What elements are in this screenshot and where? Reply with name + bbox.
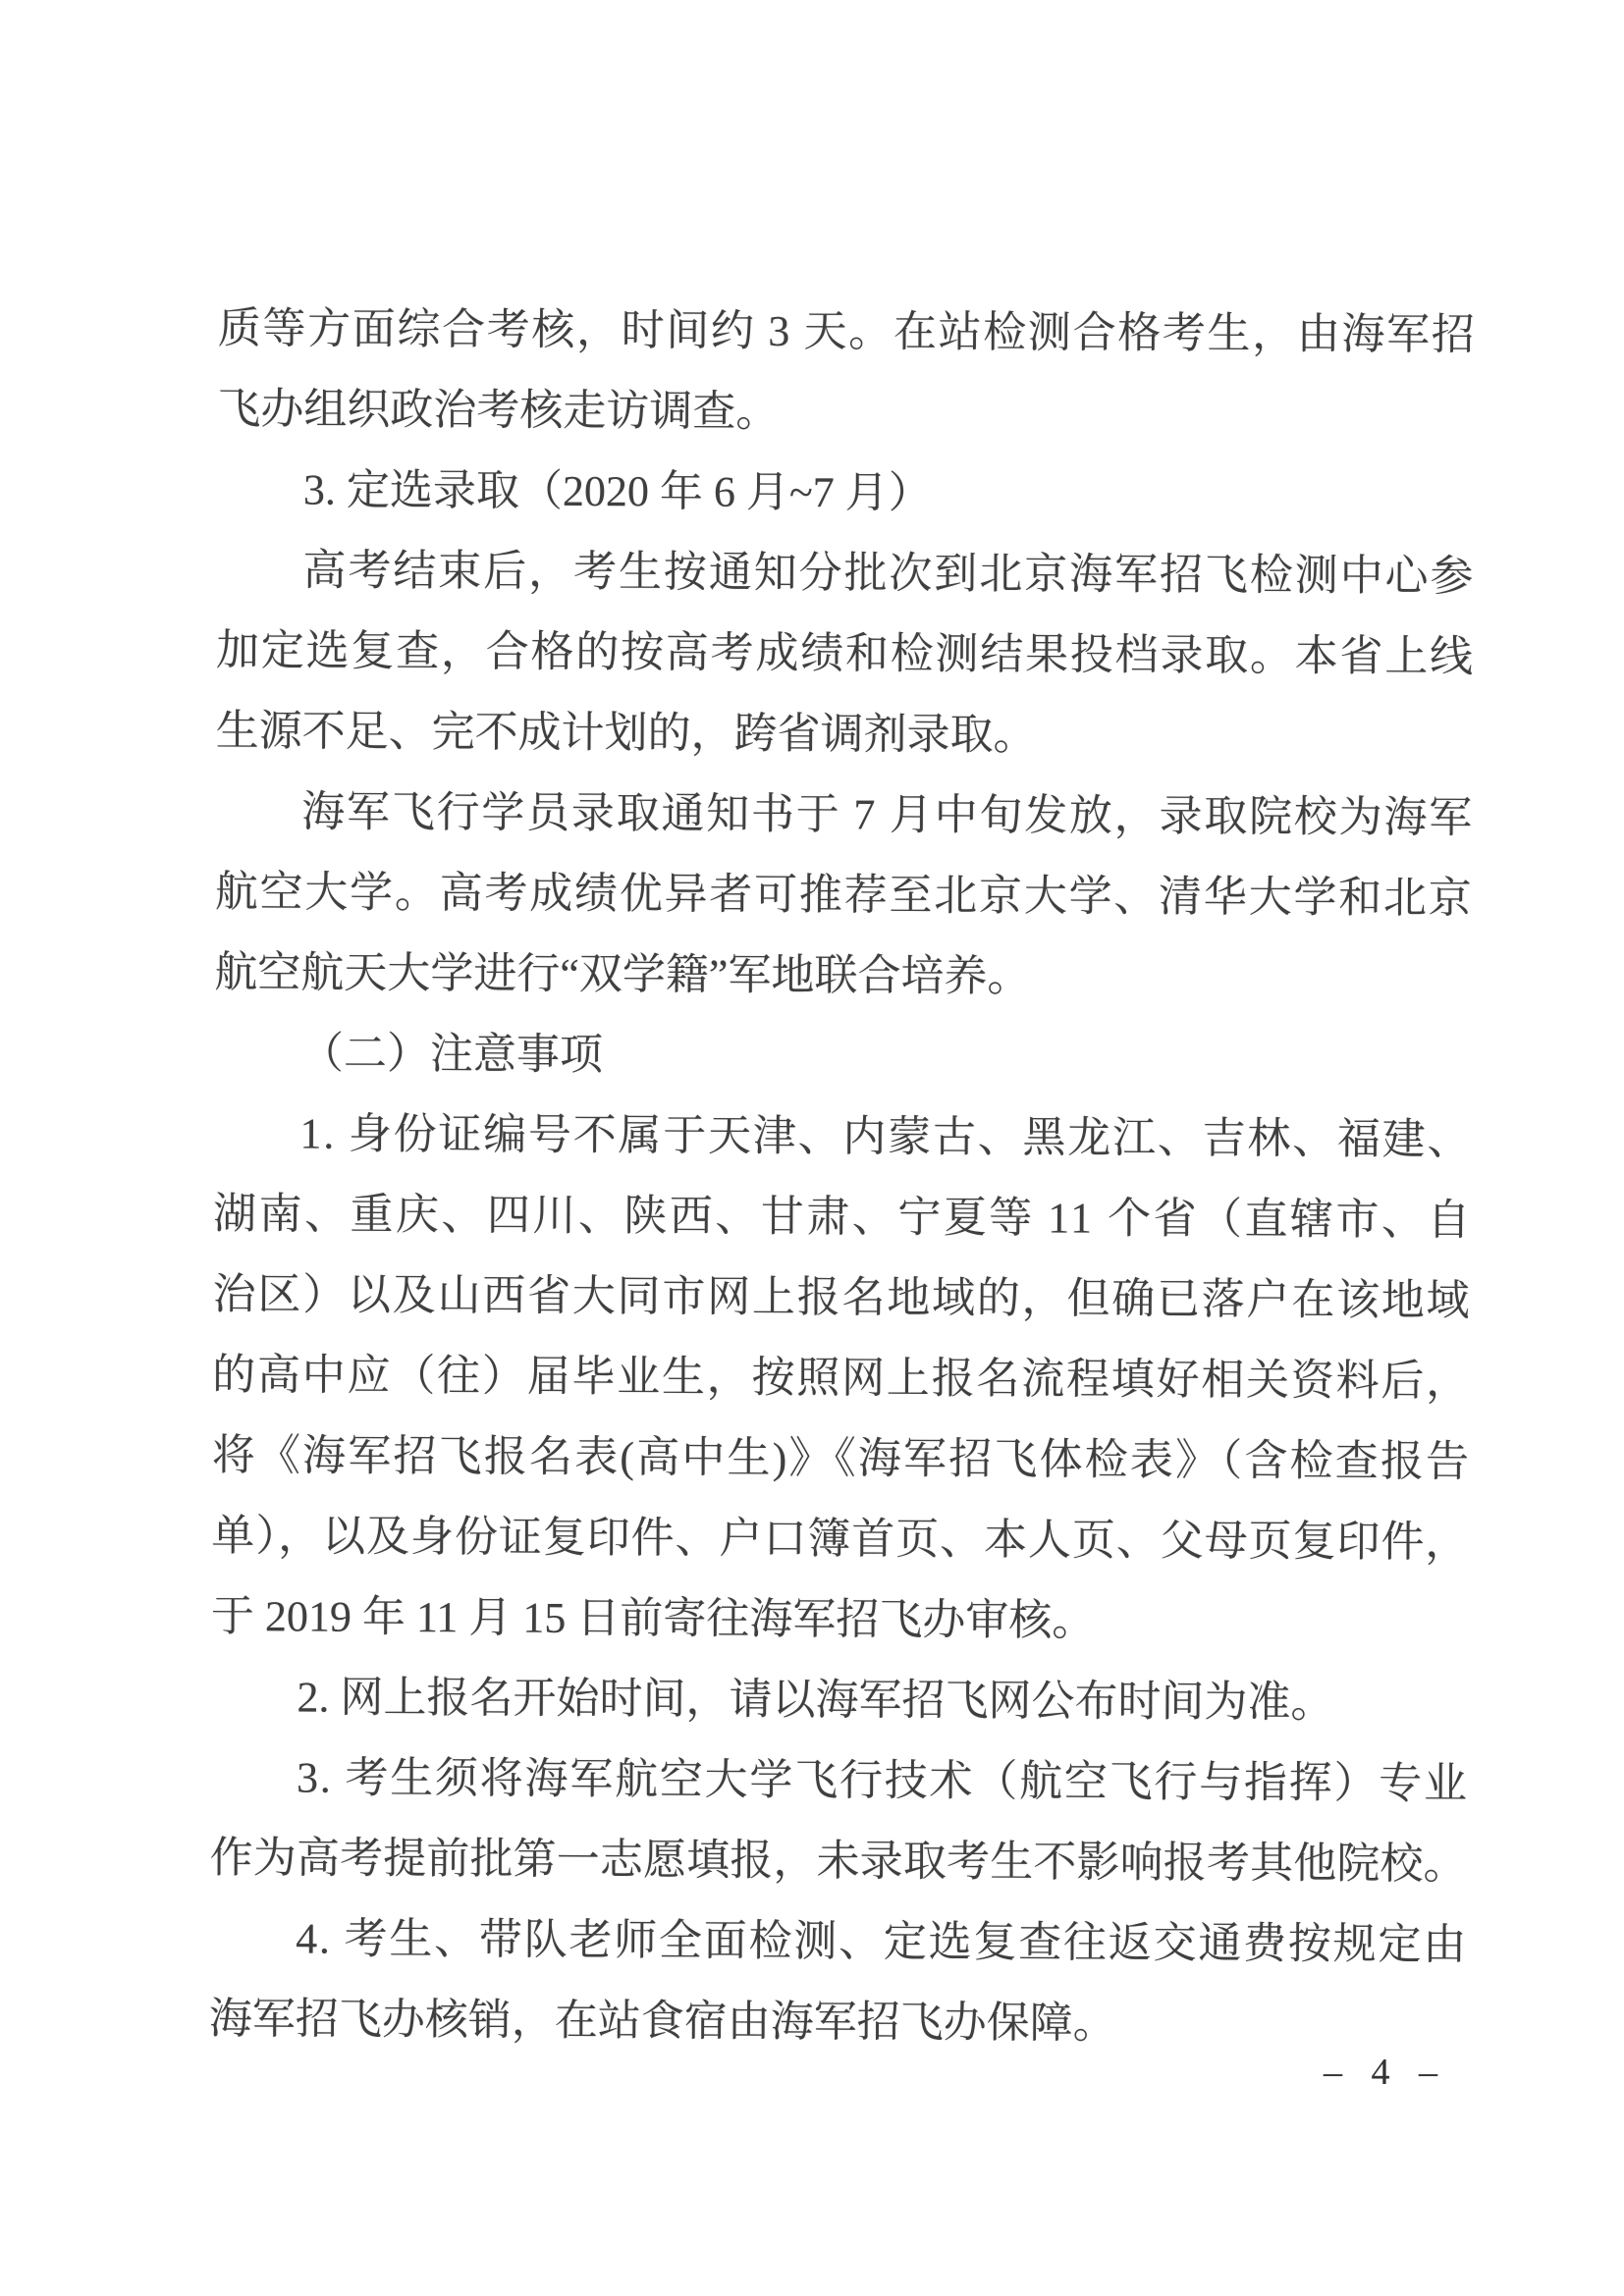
text-line: 的高中应（往）届毕业生，按照网上报名流程填好相关资料后， [212, 1335, 1469, 1422]
text-line: 单），以及身份证复印件、户口簿首页、本人页、父母页复印件， [211, 1496, 1468, 1583]
text-line-content: 1. 身份证编号不属于天津、内蒙古、黑龙江、吉林、福建、 [299, 1094, 1472, 1180]
text-line: 生源不足、完不成计划的，跨省调剂录取。 [215, 691, 1472, 778]
text-line-content: 治区）以及山西省大同市网上报名地域的，但确已落户在该地域 [212, 1255, 1471, 1342]
text-line-content: 航空航天大学进行“双学籍”军地联合培养。 [214, 933, 1030, 1017]
text-line: 4. 考生、带队老师全面检测、定选复查往返交通费按规定由 [209, 1898, 1466, 1986]
page-number: – 4 – [1324, 2050, 1447, 2095]
text-line: 湖南、重庆、四川、陕西、甘肃、宁夏等 11 个省（直辖市、自 [213, 1174, 1470, 1261]
text-line: 海军飞行学员录取通知书于 7 月中旬发放，录取院校为海军 [215, 772, 1472, 859]
text-line-content: 海军飞行学员录取通知书于 7 月中旬发放，录取院校为海军 [301, 772, 1474, 858]
text-line-content: 海军招飞办核销，在站食宿由海军招飞办保障。 [209, 1979, 1116, 2064]
text-line-content: 3. 定选录取（2020 年 6 月~7 月） [303, 450, 932, 533]
text-line: 1. 身份证编号不属于天津、内蒙古、黑龙江、吉林、福建、 [213, 1094, 1470, 1181]
text-line: 2. 网上报名开始时间，请以海军招飞网公布时间为准。 [210, 1657, 1467, 1744]
text-line: 质等方面综合考核，时间约 3 天。在站检测合格考生，由海军招 [218, 289, 1475, 376]
text-line-content: 3. 考生须将海军航空大学飞行技术（航空飞行与指挥）专业 [297, 1737, 1469, 1824]
text-line: 将《海军招飞报名表(高中生)》《海军招飞体检表》（含检查报告 [212, 1415, 1469, 1503]
text-line: 于 2019 年 11 月 15 日前寄往海军招飞办审核。 [211, 1576, 1468, 1664]
text-line-content: 湖南、重庆、四川、陕西、甘肃、宁夏等 11 个省（直辖市、自 [213, 1174, 1473, 1261]
text-line-content: 航空大学。高考成绩优异者可推荐至北京大学、清华大学和北京 [215, 852, 1474, 939]
text-line: 3. 定选录取（2020 年 6 月~7 月） [217, 450, 1474, 537]
text-line-content: 于 2019 年 11 月 15 日前寄往海军招飞办审核。 [211, 1576, 1096, 1662]
text-line-content: 生源不足、完不成计划的，跨省调剂录取。 [215, 691, 1036, 775]
text-line: （二）注意事项 [214, 1013, 1471, 1100]
text-line-content: 4. 考生、带队老师全面检测、定选复查往返交通费按规定由 [296, 1898, 1468, 1985]
text-line: 作为高考提前批第一志愿填报，未录取考生不影响报考其他院校。 [209, 1818, 1466, 1905]
text-line-content: 加定选复查，合格的按高考成绩和检测结果投档录取。本省上线 [216, 611, 1475, 698]
text-line-content: 飞办组织政治考核走访调查。 [217, 369, 779, 453]
text-line-content: （二）注意事项 [300, 1013, 603, 1095]
text-line-content: 的高中应（往）届毕业生，按照网上报名流程填好相关资料后， [212, 1335, 1471, 1422]
text-line: 加定选复查，合格的按高考成绩和检测结果投档录取。本省上线 [216, 611, 1473, 698]
text-line: 高考结束后，考生按通知分批次到北京海军招飞检测中心参 [216, 530, 1473, 617]
text-line: 航空航天大学进行“双学籍”军地联合培养。 [214, 933, 1471, 1020]
text-line: 飞办组织政治考核走访调查。 [217, 369, 1474, 456]
text-line-content: 高考结束后，考生按通知分批次到北京海军招飞检测中心参 [302, 530, 1475, 616]
document-body: 质等方面综合考核，时间约 3 天。在站检测合格考生，由海军招飞办组织政治考核走访… [209, 289, 1475, 2066]
text-line-content: 2. 网上报名开始时间，请以海军招飞网公布时间为准。 [297, 1657, 1333, 1743]
text-line: 治区）以及山西省大同市网上报名地域的，但确已落户在该地域 [212, 1255, 1469, 1342]
document-page: 质等方面综合考核，时间约 3 天。在站检测合格考生，由海军招飞办组织政治考核走访… [0, 0, 1624, 2296]
text-line: 3. 考生须将海军航空大学飞行技术（航空飞行与指挥）专业 [210, 1737, 1467, 1825]
text-line: 海军招飞办核销，在站食宿由海军招飞办保障。 [209, 1979, 1466, 2066]
text-line: 航空大学。高考成绩优异者可推荐至北京大学、清华大学和北京 [215, 852, 1472, 939]
text-line-content: 将《海军招飞报名表(高中生)》《海军招飞体检表》（含检查报告 [212, 1415, 1472, 1503]
text-line-content: 作为高考提前批第一志愿填报，未录取考生不影响报考其他院校。 [209, 1818, 1467, 1905]
text-line-content: 单），以及身份证复印件、户口簿首页、本人页、父母页复印件， [211, 1496, 1469, 1583]
text-line-content: 质等方面综合考核，时间约 3 天。在站检测合格考生，由海军招 [218, 289, 1477, 376]
